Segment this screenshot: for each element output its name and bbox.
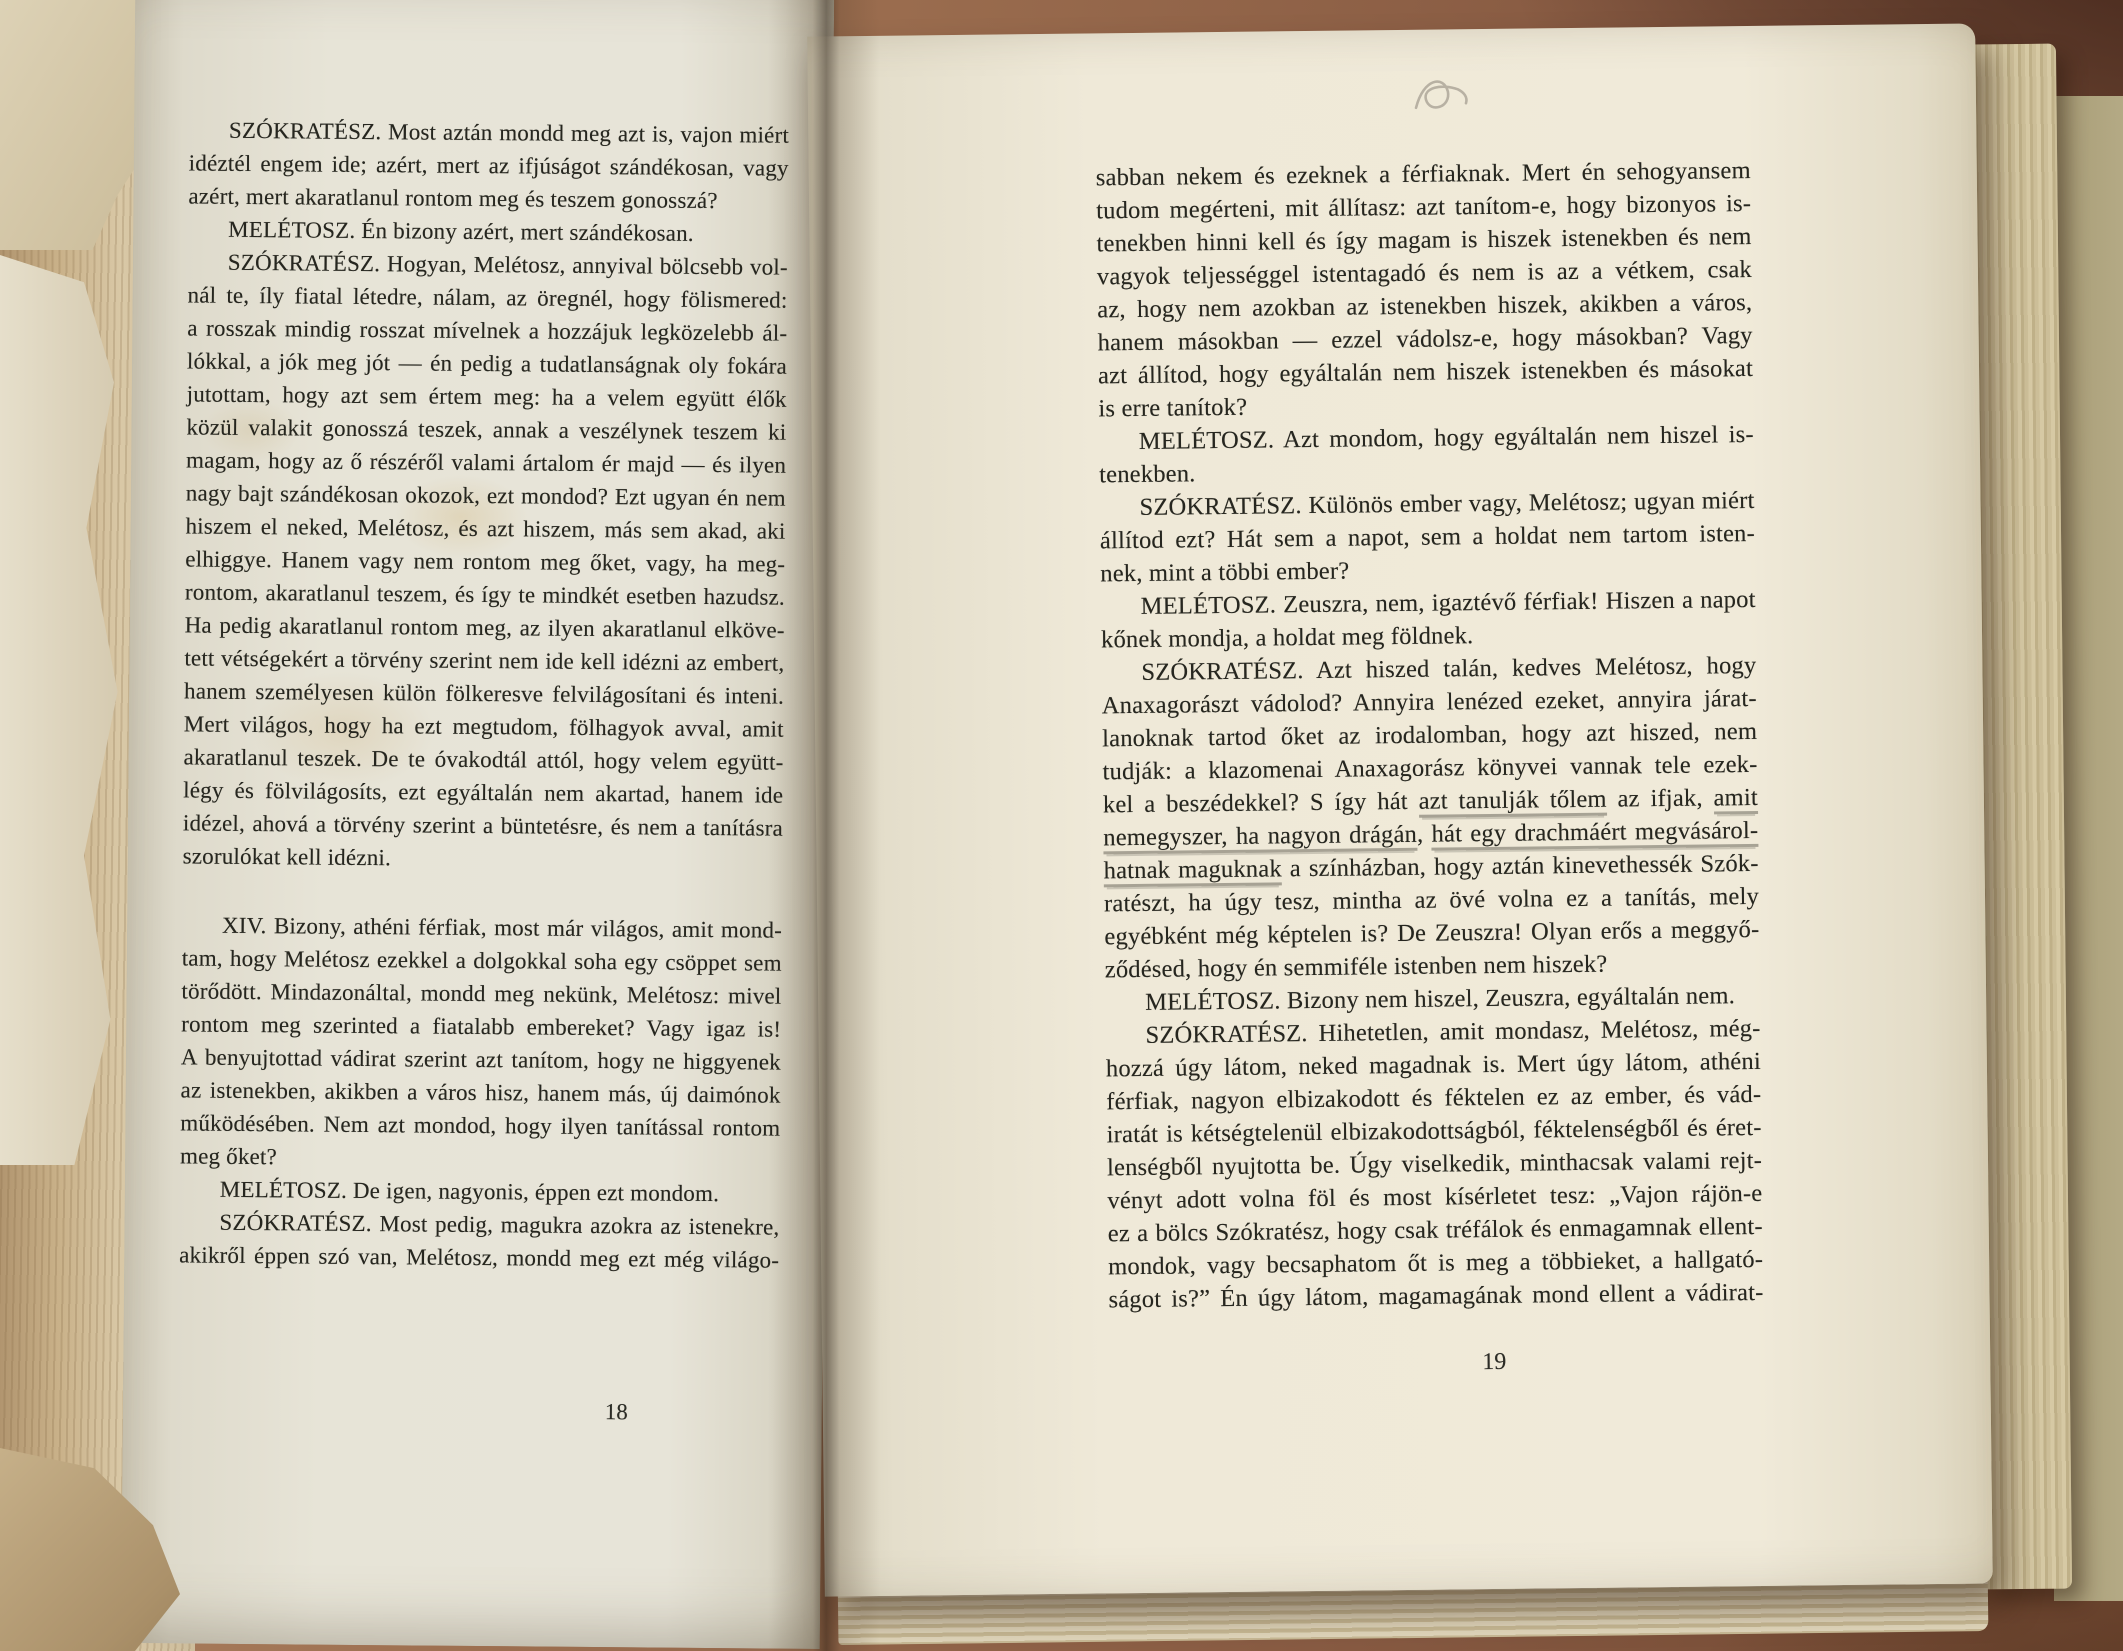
text-line: törődött. Mindazonáltal, mondd meg nekün…: [181, 974, 781, 1012]
text-line: rontom, akaratlanul teszem, és így te mi…: [185, 575, 785, 613]
text-line: akaratlanul teszek. De te óvakodtál attó…: [183, 740, 783, 778]
text-line: Ha pedig akaratlanul rontom meg, az ilye…: [185, 608, 785, 646]
text-line: közül valakit gonosszá teszek, annak a v…: [186, 410, 786, 448]
right-page-text: sabban nekem és ezeknek a férfiaknak. Me…: [1096, 154, 1764, 1316]
text-line: MELÉTOSZ. De igen, nagyonis, éppen ezt m…: [180, 1172, 780, 1210]
text-line: nagy bajt szándékosan okozok, ezt mondod…: [186, 476, 786, 514]
text-line: lókkal, a jók meg jót — én pedig a tudat…: [187, 344, 787, 382]
pencil-underline: nemegyszer, ha nagyon drágán: [1103, 821, 1417, 855]
text-line: szorulókat kell idézni.: [183, 839, 783, 877]
text-line: hanem személyesen külön fölkeresve felvi…: [184, 674, 784, 712]
pencil-scribble-icon: [1406, 69, 1479, 122]
text-line: meg őket?: [180, 1139, 780, 1177]
text-line: nál te, íly fiatal létedre, nálam, az ör…: [187, 278, 787, 316]
text-line: jutottam, hogy azt sem értem meg: ha a v…: [187, 377, 787, 415]
torn-page-edges-left: [0, 255, 120, 1165]
text-line: akikről éppen szó van, Melétosz, mondd m…: [179, 1238, 779, 1276]
text-line: MELÉTOSZ. Én bizony azért, mert szándéko…: [188, 212, 788, 250]
text-line: ságot is?” Én úgy látom, magamagának mon…: [1108, 1276, 1763, 1316]
text-line: rontom meg szerinted a fiatalabb emberek…: [181, 1007, 781, 1045]
text-line: A benyujtottad vádirat szerint azt tanít…: [181, 1040, 781, 1078]
pencil-underline: amit: [1713, 784, 1758, 815]
text-line: elhiggye. Hanem vagy nem rontom meg őket…: [185, 542, 785, 580]
text-line: idéztél engem ide; azért, mert az ifjúsá…: [189, 146, 789, 184]
text-line: a rosszak mindig rosszat mívelnek a hozz…: [187, 311, 787, 349]
pencil-underline: hát egy drachmáért megvásárol-: [1431, 817, 1758, 851]
text-line: azért, mert akaratlanul rontom meg és te…: [188, 179, 788, 217]
text-line: SZÓKRATÉSZ. Hogyan, Melétosz, annyival b…: [188, 245, 788, 283]
right-page-number: 19: [1482, 1349, 1506, 1376]
text-line: az istenekben, akikben a város hisz, han…: [180, 1073, 780, 1111]
text-line: légy és fölvilágosíts, ezt egyáltalán ne…: [183, 773, 783, 811]
text-line: SZÓKRATÉSZ. Most aztán mondd meg azt is,…: [189, 113, 789, 151]
left-page: SZÓKRATÉSZ. Most aztán mondd meg azt is,…: [121, 0, 834, 1649]
book-photo: { "colors": { "paper_left": "#e7e4d7", "…: [0, 0, 2123, 1651]
text-line: tett vétségekért a törvény szerint nem i…: [184, 641, 784, 679]
left-page-text: SZÓKRATÉSZ. Most aztán mondd meg azt is,…: [179, 113, 789, 1276]
left-page-number: 18: [605, 1399, 628, 1425]
text-line: magam, hogy az ő részéről valami ártalom…: [186, 443, 786, 481]
text-line: hiszem el neked, Melétosz, és azt hiszem…: [185, 509, 785, 547]
text-line: SZÓKRATÉSZ. Most pedig, magukra azokra a…: [179, 1205, 779, 1243]
pencil-underline: hatnak maguknak: [1104, 855, 1282, 887]
paragraph-gap: [182, 872, 782, 913]
text-line: idézel, ahová a törvény szerint a büntet…: [183, 806, 783, 844]
right-page: sabban nekem és ezeknek a férfiaknak. Me…: [807, 23, 1993, 1596]
text-line: tam, hogy Melétosz ezekkel a dolgokkal s…: [182, 941, 782, 979]
text-line: működésében. Nem azt mondod, hogy ilyen …: [180, 1106, 780, 1144]
pencil-underline: azt tanulják tőlem: [1418, 786, 1606, 818]
text-line: XIV. Bizony, athéni férfiak, most már vi…: [182, 908, 782, 946]
text-line: Mert világos, hogy ha ezt megtudom, fölh…: [184, 707, 784, 745]
